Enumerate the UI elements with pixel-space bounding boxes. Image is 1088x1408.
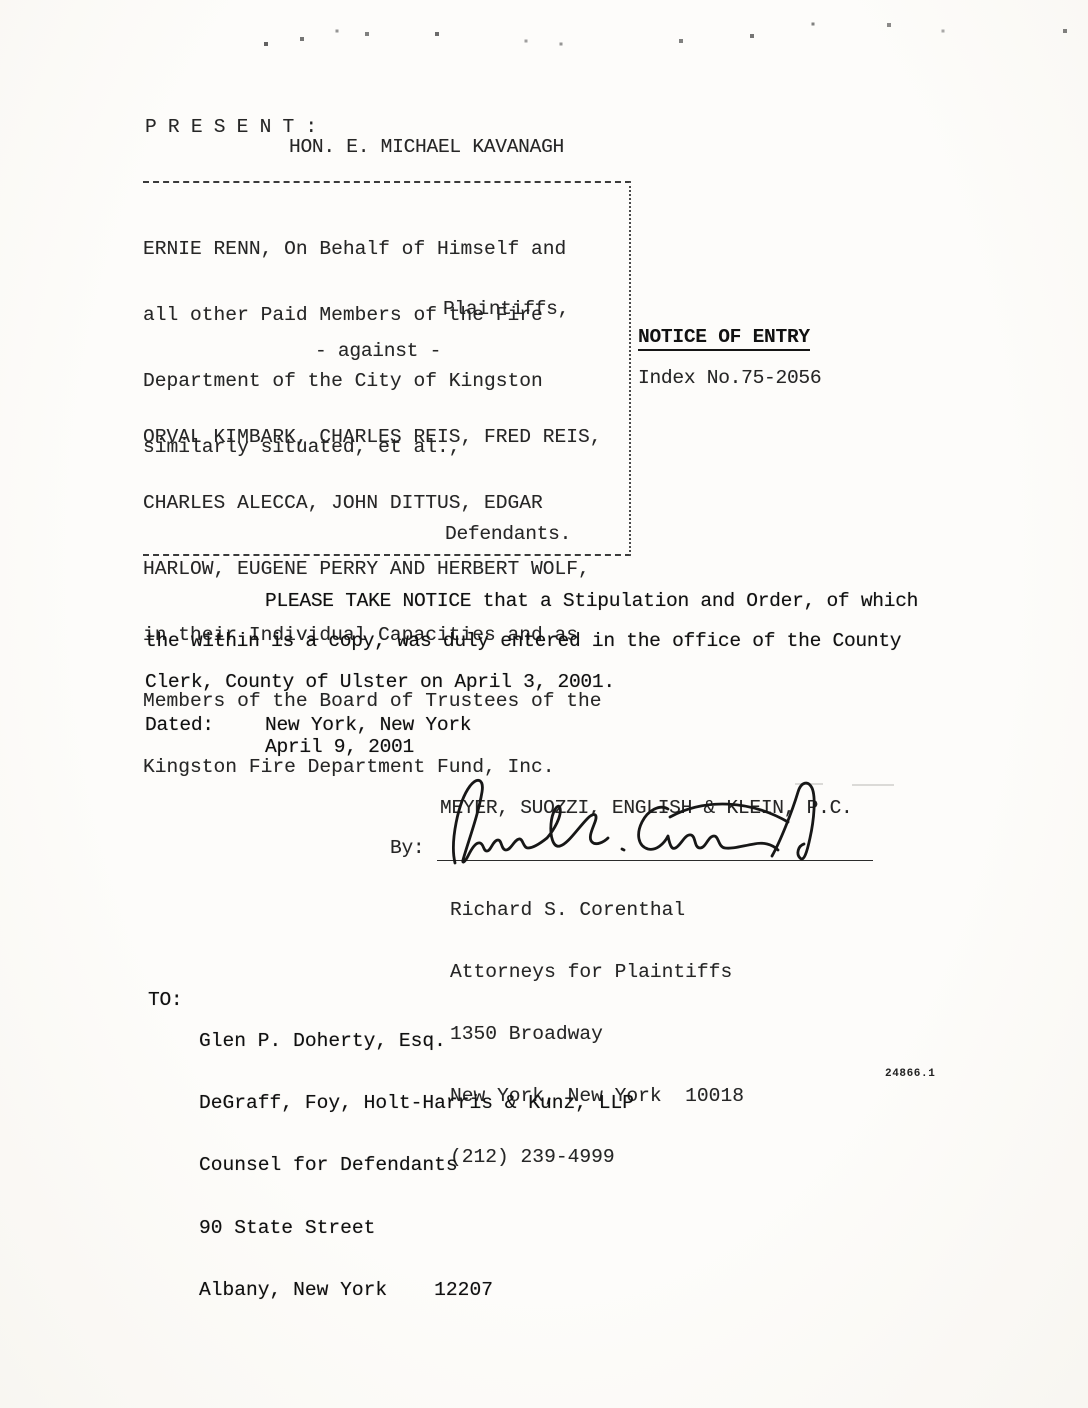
notice-of-entry-title: NOTICE OF ENTRY (638, 326, 810, 348)
caption-defendant-line: ORVAL KIMBARK, CHARLES REIS, FRED REIS, (143, 426, 602, 448)
dated-place: New York, New York (265, 714, 471, 736)
attorney-name: Richard S. Corenthal (450, 900, 744, 921)
scanned-document-page: P R E S E N T : HON. E. MICHAEL KAVANAGH… (0, 0, 1088, 1408)
body-line-2: the within is a copy, was duly entered i… (145, 630, 901, 652)
against-label: - against - (315, 340, 441, 362)
to-label: TO: (148, 989, 182, 1011)
recipient-line: Glen P. Doherty, Esq. (199, 1031, 634, 1052)
caption-defendant-line: Members of the Board of Trustees of the (143, 690, 602, 712)
caption-plaintiff-line: ERNIE RENN, On Behalf of Himself and (143, 238, 566, 260)
body-line-3: Clerk, County of Ulster on April 3, 2001… (145, 671, 615, 693)
index-number: Index No.75-2056 (638, 367, 821, 389)
dated-label: Dated: (145, 714, 214, 736)
recipient-line: DeGraff, Foy, Holt-Harris & Kunz, LLP (199, 1093, 634, 1114)
recipient-line: Albany, New York 12207 (199, 1280, 634, 1301)
recipient-line: Counsel for Defendants (199, 1155, 634, 1176)
judge-name: HON. E. MICHAEL KAVANAGH (289, 136, 564, 158)
dated-date: April 9, 2001 (265, 736, 414, 758)
body-line-1: PLEASE TAKE NOTICE that a Stipulation an… (265, 590, 918, 612)
plaintiffs-label: Plaintiffs, (443, 298, 569, 320)
signature-scrawl (420, 772, 850, 872)
defendants-label: Defendants. (445, 523, 571, 545)
scan-artifact-dash (852, 784, 894, 786)
recipient-block: Glen P. Doherty, Esq. DeGraff, Foy, Holt… (199, 989, 634, 1343)
present-label: P R E S E N T : (145, 116, 317, 138)
attorney-role: Attorneys for Plaintiffs (450, 962, 744, 983)
caption-defendant-line: CHARLES ALECCA, JOHN DITTUS, EDGAR (143, 492, 602, 514)
notice-of-entry-text: NOTICE OF ENTRY (638, 326, 810, 351)
recipient-line: 90 State Street (199, 1218, 634, 1239)
scan-noise-specks (0, 0, 2, 2)
case-caption-box: ERNIE RENN, On Behalf of Himself and all… (143, 181, 631, 556)
document-control-number: 24866.1 (885, 1068, 935, 1080)
caption-defendant-line: HARLOW, EUGENE PERRY AND HERBERT WOLF, (143, 558, 602, 580)
